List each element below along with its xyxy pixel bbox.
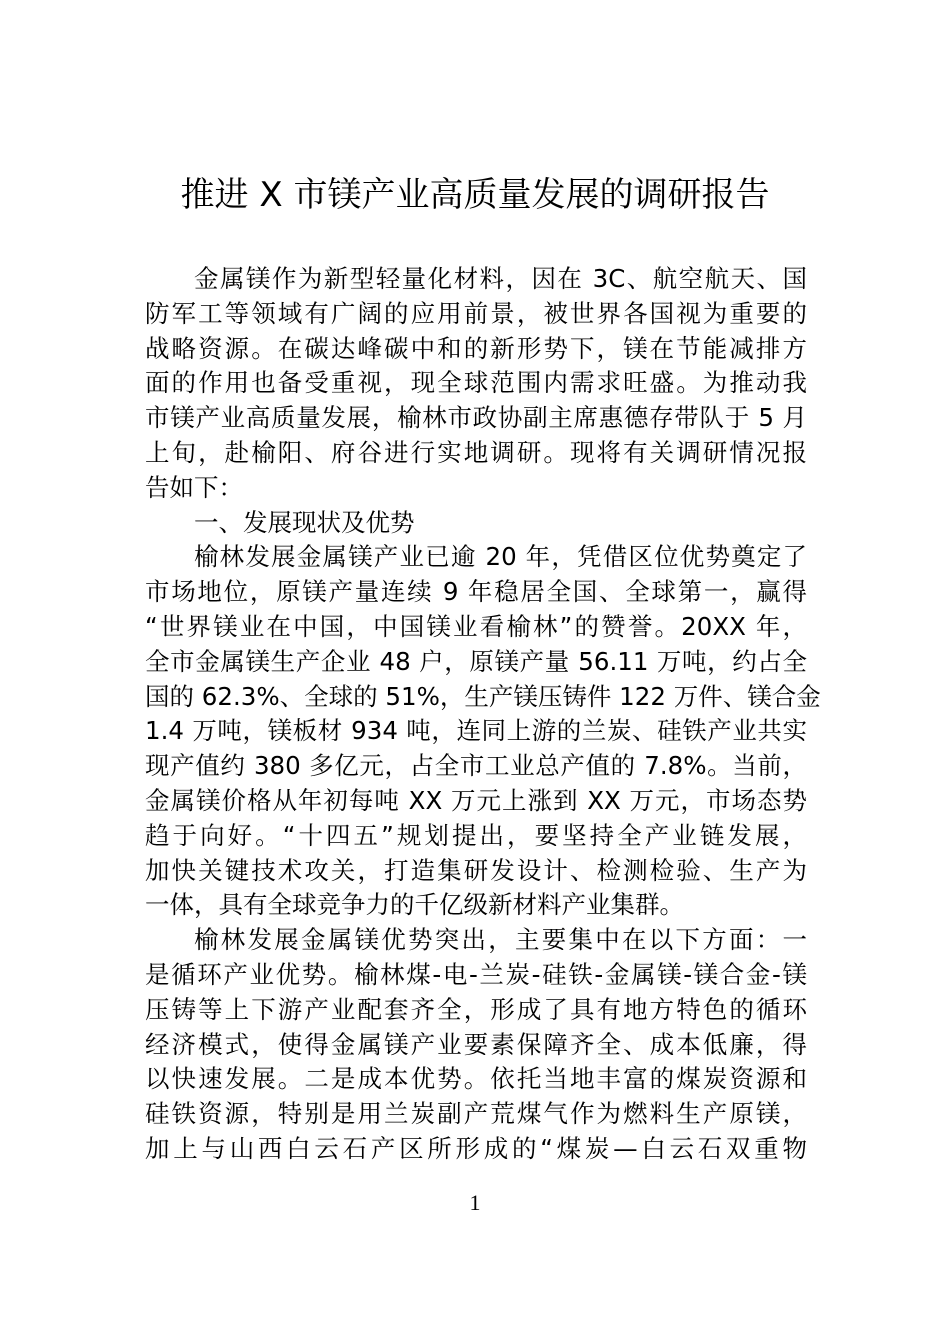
body-line: 战略资源。在碳达峰碳中和的新形势下，镁在节能减排方 [145, 332, 807, 367]
body-line: 市镁产业高质量发展，榆林市政协副主席惠德存带队于 5 月 [145, 401, 807, 436]
document-body: 金属镁作为新型轻量化材料，因在 3C、航空航天、国 防军工等领域有广阔的应用前景… [145, 262, 807, 1167]
section-heading: 一、发展现状及优势 [145, 506, 807, 541]
body-line: 一体，具有全球竞争力的千亿级新材料产业集群。 [145, 888, 807, 923]
body-line: 告如下： [145, 471, 807, 506]
body-line: 国的 62.3%、全球的 51%，生产镁压铸件 122 万件、镁合金 [145, 680, 807, 715]
body-line: 硅铁资源，特别是用兰炭副产荒煤气作为燃料生产原镁， [145, 1097, 807, 1132]
body-line: 金属镁价格从年初每吨 XX 万元上涨到 XX 万元，市场态势 [145, 784, 807, 819]
body-line: 上旬，赴榆阳、府谷进行实地调研。现将有关调研情况报 [145, 436, 807, 471]
body-line: 加上与山西白云石产区所形成的“煤炭—白云石双重物 [145, 1132, 807, 1167]
body-line: 加快关键技术攻关，打造集研发设计、检测检验、生产为 [145, 854, 807, 889]
body-line: 金属镁作为新型轻量化材料，因在 3C、航空航天、国 [145, 262, 807, 297]
body-line: 是循环产业优势。榆林煤-电-兰炭-硅铁-金属镁-镁合金-镁 [145, 958, 807, 993]
body-line: 榆林发展金属镁优势突出，主要集中在以下方面：一 [145, 923, 807, 958]
document-title: 推进 X 市镁产业高质量发展的调研报告 [0, 172, 950, 218]
body-line: 面的作用也备受重视，现全球范围内需求旺盛。为推动我 [145, 366, 807, 401]
body-line: 趋于向好。“十四五”规划提出，要坚持全产业链发展， [145, 819, 807, 854]
body-line: 防军工等领域有广阔的应用前景，被世界各国视为重要的 [145, 297, 807, 332]
body-line: 市场地位，原镁产量连续 9 年稳居全国、全球第一，赢得 [145, 575, 807, 610]
document-page: 推进 X 市镁产业高质量发展的调研报告 金属镁作为新型轻量化材料，因在 3C、航… [0, 0, 950, 1344]
body-line: 以快速发展。二是成本优势。依托当地丰富的煤炭资源和 [145, 1062, 807, 1097]
body-line: 榆林发展金属镁产业已逾 20 年，凭借区位优势奠定了 [145, 540, 807, 575]
body-line: 现产值约 380 多亿元，占全市工业总产值的 7.8%。当前， [145, 749, 807, 784]
page-number: 1 [0, 1188, 950, 1218]
body-line: 全市金属镁生产企业 48 户，原镁产量 56.11 万吨，约占全 [145, 645, 807, 680]
body-line: 经济模式，使得金属镁产业要素保障齐全、成本低廉，得 [145, 1028, 807, 1063]
body-line: “世界镁业在中国，中国镁业看榆林”的赞誉。20XX 年， [145, 610, 807, 645]
body-line: 1.4 万吨，镁板材 934 吨，连同上游的兰炭、硅铁产业共实 [145, 714, 807, 749]
body-line: 压铸等上下游产业配套齐全，形成了具有地方特色的循环 [145, 993, 807, 1028]
